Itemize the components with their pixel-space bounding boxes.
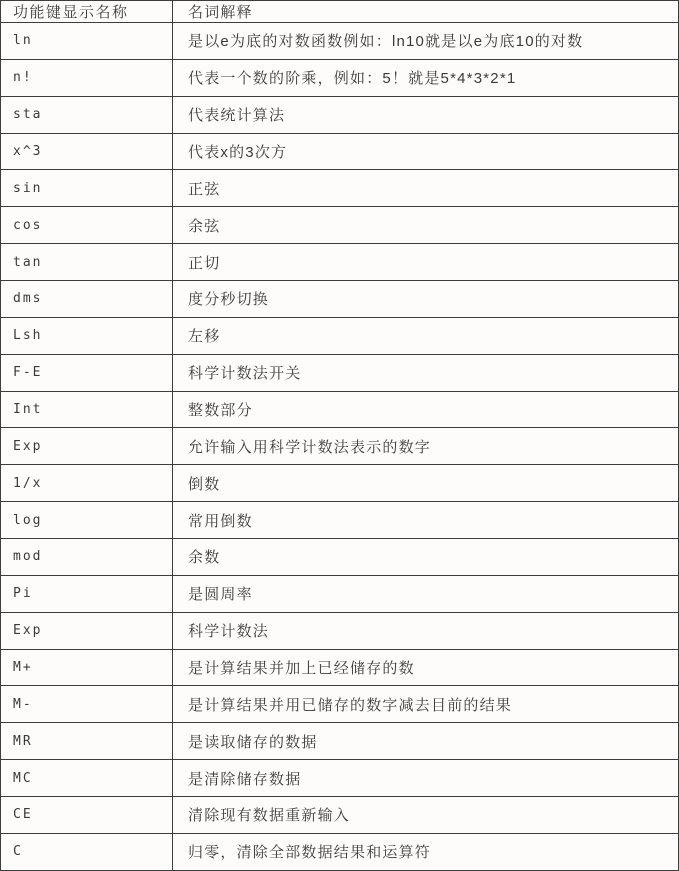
table-row: sta 代表统计算法 (1, 96, 679, 133)
function-key-cell: x^3 (1, 133, 173, 170)
function-key-cell: 1/x (1, 465, 173, 502)
function-key-cell: Pi (1, 575, 173, 612)
description-cell: 左移 (173, 317, 679, 354)
function-key-cell: cos (1, 207, 173, 244)
description-cell: 余弦 (173, 207, 679, 244)
column-header-term-explanation: 名词解释 (173, 1, 679, 23)
description-cell: 代表一个数的阶乘，例如：5！就是5*4*3*2*1 (173, 59, 679, 96)
function-key-cell: M+ (1, 649, 173, 686)
description-cell: 是以e为底的对数函数例如：ln10就是以e为底10的对数 (173, 23, 679, 60)
description-cell: 常用倒数 (173, 502, 679, 539)
table-row: Exp 科学计数法 (1, 612, 679, 649)
page: 功能键显示名称 名词解释 ln 是以e为底的对数函数例如：ln10就是以e为底1… (0, 0, 679, 871)
description-cell: 度分秒切换 (173, 281, 679, 318)
description-cell: 科学计数法开关 (173, 354, 679, 391)
description-cell: 代表x的3次方 (173, 133, 679, 170)
description-cell: 科学计数法 (173, 612, 679, 649)
description-cell: 代表统计算法 (173, 96, 679, 133)
function-key-cell: sta (1, 96, 173, 133)
table-row: Int 整数部分 (1, 391, 679, 428)
function-key-cell: log (1, 502, 173, 539)
function-key-cell: F-E (1, 354, 173, 391)
description-cell: 是圆周率 (173, 575, 679, 612)
function-key-cell: MC (1, 760, 173, 797)
table-row: dms 度分秒切换 (1, 281, 679, 318)
function-key-cell: sin (1, 170, 173, 207)
table-row: cos 余弦 (1, 207, 679, 244)
description-cell: 清除现有数据重新输入 (173, 797, 679, 834)
description-cell: 正弦 (173, 170, 679, 207)
description-cell: 归零，清除全部数据结果和运算符 (173, 833, 679, 870)
column-header-function-key-name: 功能键显示名称 (1, 1, 173, 23)
table-row: MR 是读取储存的数据 (1, 723, 679, 760)
function-key-cell: Lsh (1, 317, 173, 354)
table-row: ln 是以e为底的对数函数例如：ln10就是以e为底10的对数 (1, 23, 679, 60)
description-cell: 是计算结果并用已储存的数字减去目前的结果 (173, 686, 679, 723)
table-row: Lsh 左移 (1, 317, 679, 354)
table-body: ln 是以e为底的对数函数例如：ln10就是以e为底10的对数 n! 代表一个数… (1, 23, 679, 871)
description-cell: 倒数 (173, 465, 679, 502)
table-header-row: 功能键显示名称 名词解释 (1, 1, 679, 23)
table-row: Exp 允许输入用科学计数法表示的数字 (1, 428, 679, 465)
function-key-cell: M- (1, 686, 173, 723)
table-row: CE 清除现有数据重新输入 (1, 797, 679, 834)
table-row: sin 正弦 (1, 170, 679, 207)
table-row: C 归零，清除全部数据结果和运算符 (1, 833, 679, 870)
table-row: M- 是计算结果并用已储存的数字减去目前的结果 (1, 686, 679, 723)
table-row: M+ 是计算结果并加上已经储存的数 (1, 649, 679, 686)
table-row: F-E 科学计数法开关 (1, 354, 679, 391)
description-cell: 整数部分 (173, 391, 679, 428)
table-row: 1/x 倒数 (1, 465, 679, 502)
description-cell: 是清除储存数据 (173, 760, 679, 797)
function-key-cell: mod (1, 539, 173, 576)
table-row: n! 代表一个数的阶乘，例如：5！就是5*4*3*2*1 (1, 59, 679, 96)
function-key-cell: C (1, 833, 173, 870)
description-cell: 余数 (173, 539, 679, 576)
table-row: tan 正切 (1, 244, 679, 281)
description-cell: 正切 (173, 244, 679, 281)
function-key-cell: Exp (1, 612, 173, 649)
function-key-cell: Int (1, 391, 173, 428)
description-cell: 允许输入用科学计数法表示的数字 (173, 428, 679, 465)
table-row: MC 是清除储存数据 (1, 760, 679, 797)
table-row: log 常用倒数 (1, 502, 679, 539)
function-key-cell: MR (1, 723, 173, 760)
function-key-cell: ln (1, 23, 173, 60)
function-key-cell: dms (1, 281, 173, 318)
function-key-cell: Exp (1, 428, 173, 465)
function-key-cell: tan (1, 244, 173, 281)
table-row: mod 余数 (1, 539, 679, 576)
description-cell: 是读取储存的数据 (173, 723, 679, 760)
table-row: Pi 是圆周率 (1, 575, 679, 612)
function-key-glossary-table: 功能键显示名称 名词解释 ln 是以e为底的对数函数例如：ln10就是以e为底1… (0, 0, 679, 871)
description-cell: 是计算结果并加上已经储存的数 (173, 649, 679, 686)
table-row: x^3 代表x的3次方 (1, 133, 679, 170)
function-key-cell: CE (1, 797, 173, 834)
function-key-cell: n! (1, 59, 173, 96)
